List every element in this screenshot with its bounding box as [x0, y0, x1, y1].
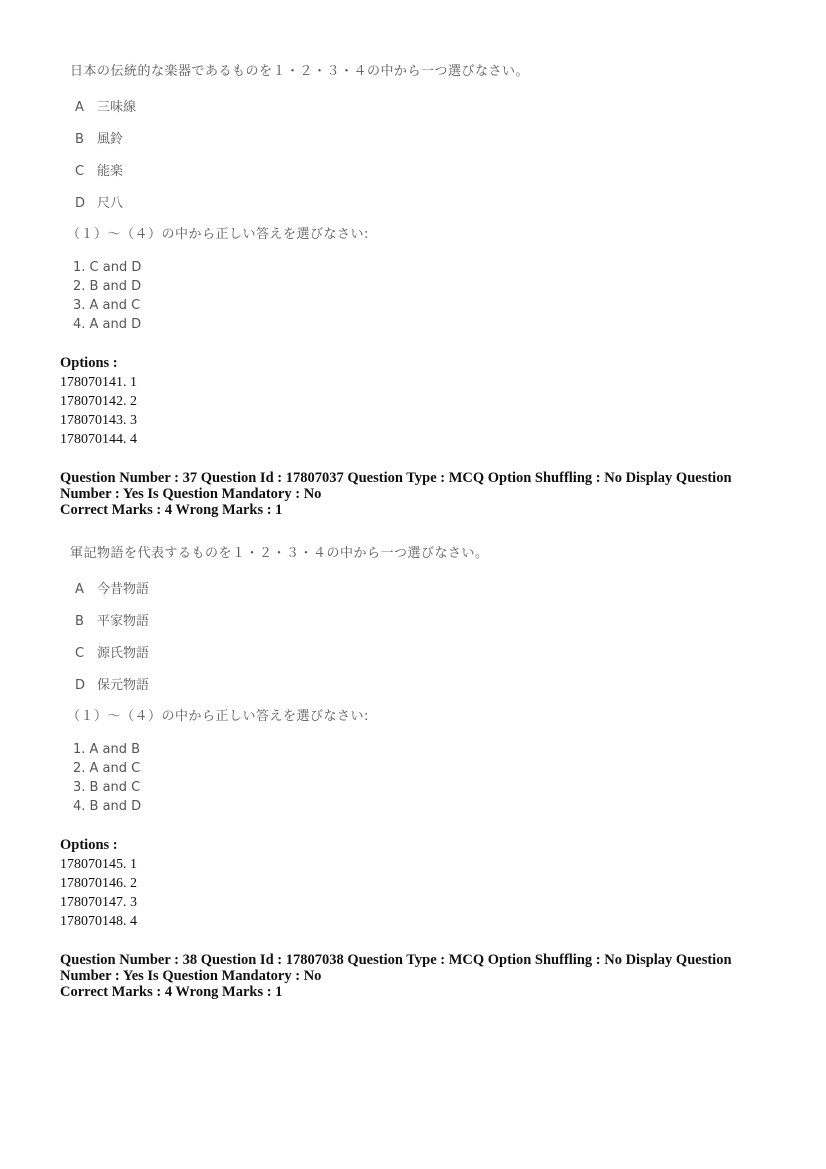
choice-letter: A — [75, 582, 97, 598]
choice-text: 尺八 — [97, 196, 123, 211]
question-block-37: 日本の伝統的な楽器であるものを１・２・３・４の中から一つ選びなさい。 A三味線 … — [0, 64, 826, 518]
option-id: 178070144. 4 — [60, 430, 826, 449]
option-id: 178070148. 4 — [60, 912, 826, 931]
options-heading: Options : — [60, 354, 826, 372]
question-metadata: Question Number : 38 Question Id : 17807… — [60, 952, 750, 984]
option-id: 178070147. 3 — [60, 893, 826, 912]
metadata-line2: Question Mandatory : No — [162, 968, 321, 984]
choice-text: 能楽 — [97, 164, 123, 179]
answer-option: 1. A and B — [73, 740, 826, 759]
answer-option: 3. A and C — [73, 296, 826, 315]
choice-row: B平家物語 — [75, 614, 826, 630]
option-id-list: 178070145. 1 178070146. 2 178070147. 3 1… — [60, 855, 826, 931]
choice-letter: C — [75, 646, 97, 662]
answer-option: 4. B and D — [73, 797, 826, 816]
choice-row: A今昔物語 — [75, 582, 826, 598]
metadata-line1: Question Number : 37 Question Id : 17807… — [60, 470, 732, 502]
choice-row: B風鈴 — [75, 132, 826, 148]
option-id: 178070146. 2 — [60, 874, 826, 893]
option-id: 178070143. 3 — [60, 411, 826, 430]
answer-instruction: （１）～（４）の中から正しい答えを選びなさい: — [67, 709, 826, 725]
options-heading: Options : — [60, 836, 826, 854]
answer-option: 2. A and C — [73, 759, 826, 778]
answer-options-list: 1. C and D 2. B and D 3. A and C 4. A an… — [73, 258, 826, 334]
metadata-line1: Question Number : 38 Question Id : 17807… — [60, 952, 732, 984]
answer-options-list: 1. A and B 2. A and C 3. B and C 4. B an… — [73, 740, 826, 816]
option-id-list: 178070141. 1 178070142. 2 178070143. 3 1… — [60, 373, 826, 449]
choice-letter: D — [75, 196, 97, 212]
marks-line: Correct Marks : 4 Wrong Marks : 1 — [60, 502, 826, 518]
choice-letter: C — [75, 164, 97, 180]
option-id: 178070142. 2 — [60, 392, 826, 411]
answer-option: 1. C and D — [73, 258, 826, 277]
marks-line: Correct Marks : 4 Wrong Marks : 1 — [60, 984, 826, 1000]
choice-row: A三味線 — [75, 100, 826, 116]
question-paper-page: 日本の伝統的な楽器であるものを１・２・３・４の中から一つ選びなさい。 A三味線 … — [0, 0, 826, 1169]
answer-instruction: （１）～（４）の中から正しい答えを選びなさい: — [67, 227, 826, 243]
choice-text: 源氏物語 — [97, 646, 149, 661]
choice-letter: B — [75, 614, 97, 630]
choice-letter: A — [75, 100, 97, 116]
answer-option: 3. B and C — [73, 778, 826, 797]
choice-text: 風鈴 — [97, 132, 123, 147]
choice-row: D保元物語 — [75, 678, 826, 694]
question-text: 軍記物語を代表するものを１・２・３・４の中から一つ選びなさい。 — [70, 546, 826, 562]
question-text: 日本の伝統的な楽器であるものを１・２・３・４の中から一つ選びなさい。 — [70, 64, 826, 80]
question-block-38: 軍記物語を代表するものを１・２・３・４の中から一つ選びなさい。 A今昔物語 B平… — [0, 546, 826, 1000]
choice-letter: B — [75, 132, 97, 148]
question-metadata: Question Number : 38 Question Id : 17807… — [60, 470, 750, 502]
choice-text: 平家物語 — [97, 614, 149, 629]
choice-row: C源氏物語 — [75, 646, 826, 662]
answer-option: 2. B and D — [73, 277, 826, 296]
metadata-line2: Question Mandatory : No — [162, 486, 321, 502]
choice-text: 今昔物語 — [97, 582, 149, 597]
choice-text: 三味線 — [97, 100, 136, 115]
choice-letter: D — [75, 678, 97, 694]
choice-row: D尺八 — [75, 196, 826, 212]
option-id: 178070141. 1 — [60, 373, 826, 392]
answer-option: 4. A and D — [73, 315, 826, 334]
choice-text: 保元物語 — [97, 678, 149, 693]
choice-row: C能楽 — [75, 164, 826, 180]
option-id: 178070145. 1 — [60, 855, 826, 874]
